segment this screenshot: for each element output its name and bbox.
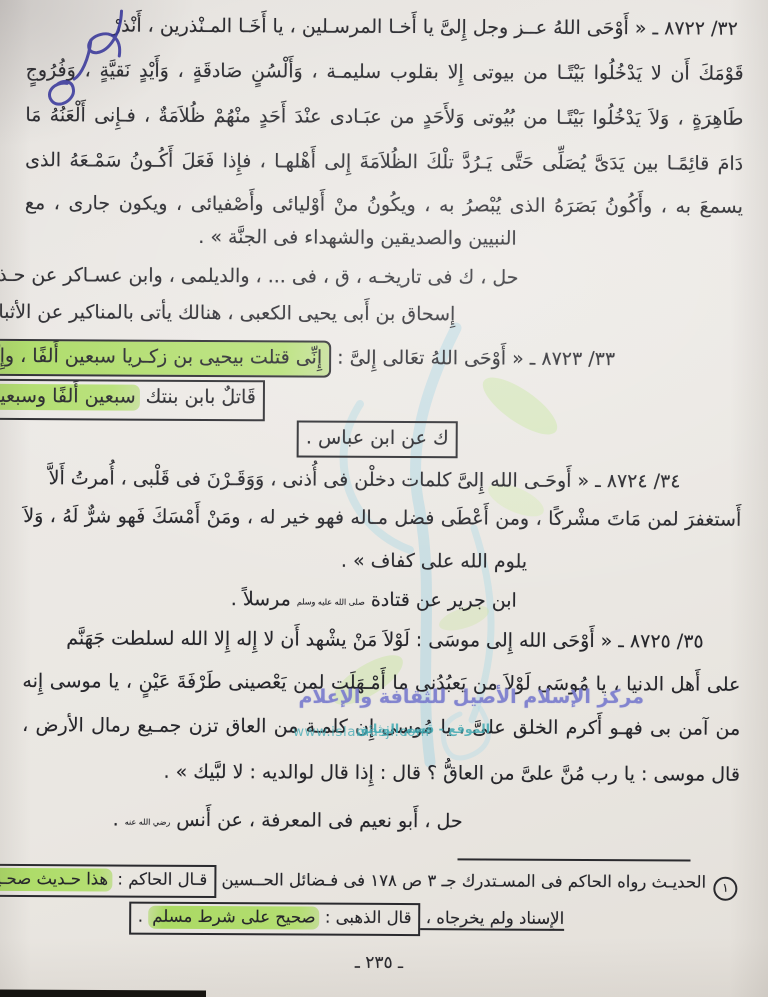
highlighted-text: سبعين أَلفًا وسبعين أَلفًا ١ [0, 383, 140, 410]
hadith-8725-line-1: ٣٥/ ٨٧٢٥ ـ « أَوْحَى الله إِلى موسَى : ل… [23, 623, 704, 657]
hadith-8724-line-1: ٣٤/ ٨٧٢٤ ـ « أَوحَـى الله إِلىَّ كلمات د… [23, 463, 680, 496]
boxed-source-text: ك عن ابن عباس . [297, 420, 458, 458]
highlighted-verdict: هذا حـديث صحـيح [0, 868, 112, 892]
hadith-8724-line-3: يلوم الله على كفاف » . [23, 544, 527, 577]
scanned-book-page: مركز الإسلام الأصيل للثقافة والإعلام www… [0, 0, 768, 997]
hadith-8725-line-4: قال موسى : يا رب مُنَّ علىَّ من العاقُّ … [22, 756, 740, 790]
honorific-symbol: رضي الله عنه [125, 808, 171, 838]
hadith-8722-line-6: النبيين والصديقين والشهداء فى الجنَّة » … [25, 221, 517, 254]
footnote-number-badge: ١ [713, 877, 737, 901]
handwritten-annotation [22, 2, 152, 112]
watermark-site-section: الموقع - قسم الوثائق [357, 721, 490, 736]
footnote-line-2: الإِسناد ولم يخرجاه ، قال الذهبى : صحيح … [21, 901, 564, 937]
footnote-line-1: ١ الحديـث رواه الحاكم فى المسـتدرك جـ ٣ … [21, 864, 739, 901]
watermark-site-line: www.islamasjl.com الموقع - قسم الوثائق [293, 721, 503, 743]
hadith-8722-sources-line-2: إِسحاق بن أَبى يحيى الكعبى ، هنالك يأتى … [24, 297, 455, 329]
highlighted-verdict: صحيح على شرط مسلم [148, 906, 319, 930]
hadith-8723-line-1: ٣٣/ ٨٧٢٣ ـ « أَوْحَى اللهُ تعَالى إِلىَّ… [24, 339, 615, 379]
hadith-8723-line-2: قَاتلٌ بابن بنتك سبعين أَلفًا وسبعين أَل… [24, 379, 265, 421]
footnote-separator [457, 858, 690, 861]
hadith-8725-source-line: حل ، أَبو نعيم فى المعرفة ، عن أَنس رضي … [22, 804, 463, 839]
hadith-8722-sources-line-1: حل ، ك فى تاريخـه ، ق ، فى ... ، والديلم… [24, 260, 518, 293]
hadith-8722-line-5: يسمعَ به ، وأَكُونُ بَصَرَهُ الذى يُبْصر… [25, 188, 743, 222]
hadith-8723-source-line: ك عن ابن عباس . [24, 419, 458, 458]
hadith-8724-source-line: ابن جرير عن قتادة صلى الله عليه وسلم مرس… [23, 583, 517, 619]
watermark-org-name: مركز الإسلام الأصيل للثقافة والإعلام [322, 686, 644, 708]
boxed-hakim-verdict: قـال الحاكم : هذا حـديث صحـيح [0, 864, 216, 898]
hadith-8724-line-2: أَستغفرَ لمن مَاتَ مشْركًا ، ومن أَعْطَى… [23, 501, 741, 535]
hadith-8722-line-4: دَامَ قائِمًـا بين يَدَىَّ يُصَلِّى حَتَ… [25, 145, 743, 179]
boxed-text: قَاتلٌ بابن بنتك سبعين أَلفًا وسبعين أَل… [0, 378, 265, 421]
page-number: ـ ٢٣٥ ـ [0, 946, 763, 980]
printed-text-layer: ٣٢/ ٨٧٢٢ ـ « أَوْحَى اللهُ عــز وجل إِلى… [0, 0, 768, 997]
highlighted-boxed-text: إِنِّى قتلت بيحيى بن زكـريا سبعين أَلفًا… [0, 339, 331, 378]
scan-edge-strip [0, 990, 206, 997]
boxed-dhahabi-verdict: قال الذهبى : صحيح على شرط مسلم . [129, 902, 421, 937]
honorific-symbol: صلى الله عليه وسلم [297, 587, 365, 617]
